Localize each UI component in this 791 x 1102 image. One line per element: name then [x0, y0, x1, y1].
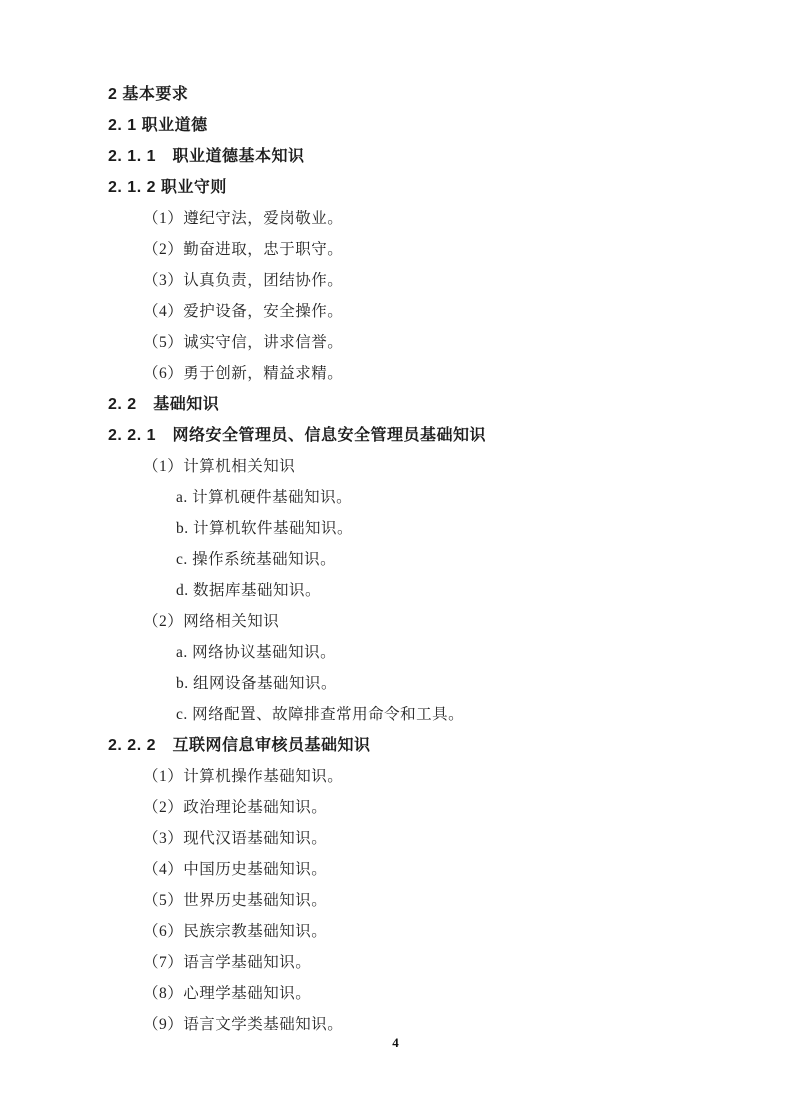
heading-2-2-1-network-security-admin: 2. 2. 1 网络安全管理员、信息安全管理员基础知识 [0, 420, 791, 451]
heading-2-1-2-professional-code: 2. 1. 2 职业守则 [0, 172, 791, 203]
list-item: （1）遵纪守法，爱岗敬业。 [0, 203, 791, 234]
list-item: （3）认真负责，团结协作。 [0, 265, 791, 296]
heading-2-basic-requirements: 2 基本要求 [0, 79, 791, 110]
heading-2-2-2-internet-content-reviewer: 2. 2. 2 互联网信息审核员基础知识 [0, 730, 791, 761]
list-item: （5）诚实守信，讲求信誉。 [0, 327, 791, 358]
sub-list-item: b. 组网设备基础知识。 [0, 668, 791, 699]
list-item: （2）政治理论基础知识。 [0, 792, 791, 823]
list-item: （2）勤奋进取，忠于职守。 [0, 234, 791, 265]
list-item: （2）网络相关知识 [0, 606, 791, 637]
sub-list-item: b. 计算机软件基础知识。 [0, 513, 791, 544]
document-content: 2 基本要求 2. 1 职业道德 2. 1. 1 职业道德基本知识 2. 1. … [0, 79, 791, 1040]
sub-list-item: a. 网络协议基础知识。 [0, 637, 791, 668]
list-item: （4）爱护设备，安全操作。 [0, 296, 791, 327]
list-item: （3）现代汉语基础知识。 [0, 823, 791, 854]
list-item: （1）计算机操作基础知识。 [0, 761, 791, 792]
list-item: （1）计算机相关知识 [0, 451, 791, 482]
heading-2-1-1-ethics-basic-knowledge: 2. 1. 1 职业道德基本知识 [0, 141, 791, 172]
sub-list-item: c. 操作系统基础知识。 [0, 544, 791, 575]
list-item: （5）世界历史基础知识。 [0, 885, 791, 916]
list-item: （4）中国历史基础知识。 [0, 854, 791, 885]
heading-2-2-basic-knowledge: 2. 2 基础知识 [0, 389, 791, 420]
document-page: 2 基本要求 2. 1 职业道德 2. 1. 1 职业道德基本知识 2. 1. … [0, 0, 791, 1102]
sub-list-item: c. 网络配置、故障排查常用命令和工具。 [0, 699, 791, 730]
heading-2-1-professional-ethics: 2. 1 职业道德 [0, 110, 791, 141]
list-item: （6）民族宗教基础知识。 [0, 916, 791, 947]
list-item: （6）勇于创新，精益求精。 [0, 358, 791, 389]
sub-list-item: d. 数据库基础知识。 [0, 575, 791, 606]
page-number: 4 [0, 1033, 791, 1053]
list-item: （8）心理学基础知识。 [0, 978, 791, 1009]
sub-list-item: a. 计算机硬件基础知识。 [0, 482, 791, 513]
list-item: （7）语言学基础知识。 [0, 947, 791, 978]
